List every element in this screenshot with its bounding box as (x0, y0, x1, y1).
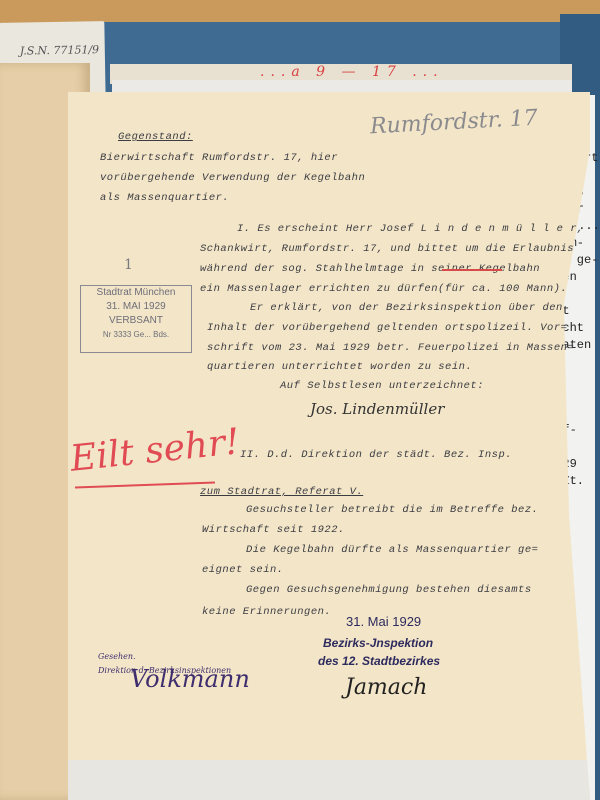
received-stamp: Stadtrat München 31. MAI 1929 VERBSANT N… (80, 285, 192, 353)
signature-inspector: Jamach (345, 675, 427, 700)
left-note-handwriting: J.S.N. 77151/9 (20, 43, 100, 57)
stamp-line: VERBSANT (81, 314, 191, 328)
section2-line: II. D.d. Direktion der städt. Bez. Insp. (240, 449, 512, 461)
section2-line: Gegen Gesuchsgenehmigung bestehen diesam… (246, 584, 532, 596)
section2-line: eignet sein. (202, 564, 284, 576)
stamp-line: 31. MAI 1929 (81, 300, 191, 314)
office-stamp-line: des 12. Stadtbezirkes (318, 654, 440, 668)
date-stamp: 31. Mai 1929 (346, 614, 421, 629)
section1-line: Auf Selbstlesen unterzeichnet: (280, 380, 484, 392)
left-block-line: Gesehen. (98, 652, 136, 661)
section2-line: Gesuchsteller betreibt die im Betreffe b… (246, 504, 538, 516)
subject-label: Gegenstand: (118, 131, 193, 143)
office-stamp-line: Bezirks-Jnspektion (323, 636, 433, 650)
section2-line: Die Kegelbahn dürfte als Massenquartier … (246, 544, 538, 556)
section1-line: quartieren unterrichtet worden zu sein. (207, 361, 472, 373)
stamp-mark: 1 (124, 257, 133, 273)
stamp-line: Stadtrat München (81, 286, 191, 300)
kegelbahn-red-underline (442, 269, 502, 271)
section1-line: I. Es erscheint Herr Josef L i n d e n m… (237, 223, 584, 235)
section1-line: Schankwirt, Rumfordstr. 17, und bittet u… (200, 243, 574, 255)
section1-line: schrift vom 23. Mai 1929 betr. Feuerpoli… (207, 342, 574, 354)
stamp-line: Nr 3333 Ge... Bds. (81, 328, 191, 342)
back-sheet-red-handwriting: ...a 9 — 17 ... (260, 64, 444, 80)
signature-lindenmueller: Jos. Lindenmüller (310, 400, 444, 418)
section2-line: Wirtschaft seit 1922. (202, 524, 345, 536)
section2-line: zum Stadtrat, Referat V. (200, 486, 363, 498)
section1-line: Inhalt der vorübergehend geltenden ortsp… (207, 322, 567, 334)
section2-line: keine Erinnerungen. (202, 606, 331, 618)
signature-director: Volkmann (130, 665, 250, 693)
section1-line: ein Massenlager errichten zu dürfen(für … (200, 283, 567, 295)
subject-line: Bierwirtschaft Rumfordstr. 17, hier (100, 152, 338, 164)
section1-line: Er erklärt, von der Bezirksinspektion üb… (250, 302, 563, 314)
subject-line: als Massenquartier. (100, 192, 229, 204)
subject-line: vorübergehende Verwendung der Kegelbahn (100, 172, 365, 184)
